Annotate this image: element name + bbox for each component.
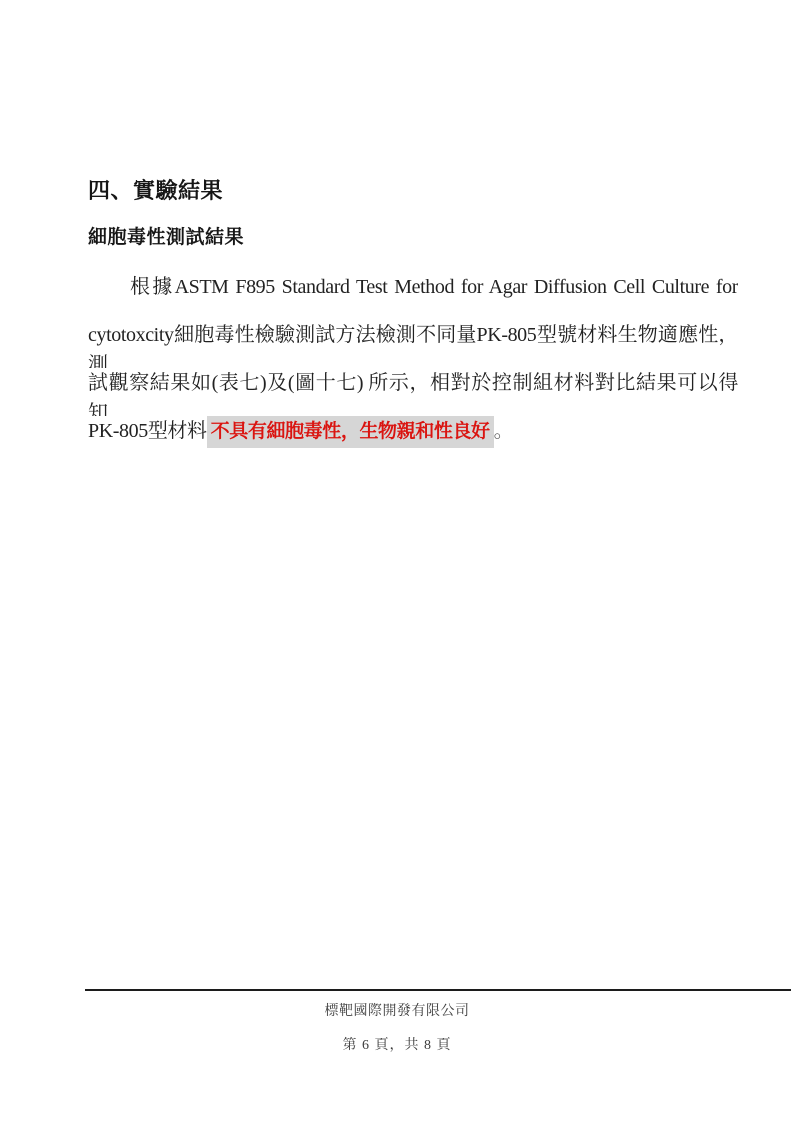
footer-page-number: 第 6 頁，共 8 頁 bbox=[0, 1036, 794, 1056]
document-content: 四、實驗結果 細胞毒性測試結果 根據ASTM F895 Standard Tes… bbox=[88, 179, 738, 450]
subsection-heading: 細胞毒性測試結果 bbox=[88, 227, 738, 248]
paragraph-line-3: 試觀察結果如(表七)及(圖十七) 所示，相對於控制組材料對比結果可以得知， bbox=[88, 368, 738, 416]
paragraph-line-1: 根據ASTM F895 Standard Test Method for Aga… bbox=[88, 272, 738, 320]
paragraph-line-4: PK-805型材料不具有細胞毒性，生物親和性良好。 bbox=[88, 416, 738, 450]
footer-company-name: 標靶國際開發有限公司 bbox=[0, 1002, 794, 1022]
highlighted-conclusion: 不具有細胞毒性，生物親和性良好 bbox=[207, 416, 494, 448]
conclusion-prefix: PK-805型材料 bbox=[88, 420, 207, 442]
section-heading: 四、實驗結果 bbox=[88, 179, 738, 203]
body-paragraph: 根據ASTM F895 Standard Test Method for Aga… bbox=[88, 272, 738, 450]
document-page: 四、實驗結果 細胞毒性測試結果 根據ASTM F895 Standard Tes… bbox=[0, 0, 794, 1123]
footer-divider-line bbox=[85, 989, 791, 991]
paragraph-line-2: cytotoxcity細胞毒性檢驗測試方法檢測不同量PK-805型號材料生物適應… bbox=[88, 320, 738, 368]
sentence-period: 。 bbox=[494, 420, 514, 442]
